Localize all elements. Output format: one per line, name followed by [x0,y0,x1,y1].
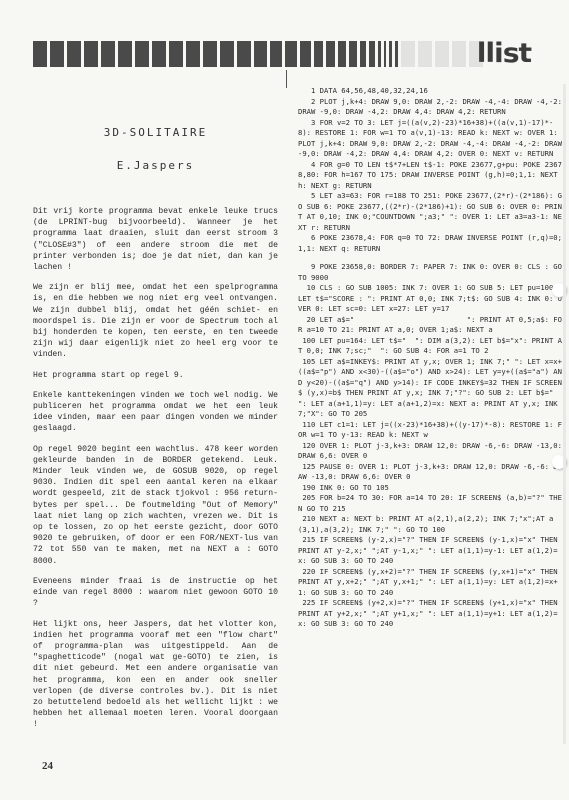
header-block [418,41,432,67]
header-block [203,41,217,67]
header-block [378,41,381,67]
column-divider [286,70,287,88]
header-block [314,41,324,67]
page-edge [563,84,566,744]
program-listing: 1 DATA 64,56,48,40,32,24,16 2 PLOT j,k+4… [298,86,562,630]
header-block [300,41,311,67]
header-block [395,41,398,67]
header-block [220,41,234,67]
listing-block: 1 DATA 64,56,48,40,32,24,16 2 PLOT j,k+4… [298,86,562,254]
article-author: E.Jaspers [33,159,278,172]
header-block [349,41,356,67]
paragraph: Op regel 9020 begint een wachtlus. 478 k… [33,444,278,567]
header-block [84,41,98,67]
article-title: 3D-SOLITAIRE [33,126,278,139]
magazine-logo: llist [477,38,531,69]
paragraph: Dit vrij korte programma bevat enkele le… [33,206,278,273]
header-block [389,41,392,67]
header-block [285,41,296,67]
header-block [118,41,132,67]
paragraph: We zijn er blij mee, omdat het een spelp… [33,282,278,360]
header-block [270,41,282,67]
page-number: 24 [42,760,53,772]
paragraph: Enkele kanttekeningen vinden we toch wel… [33,390,278,435]
header-block [186,41,200,67]
header-block [360,41,366,67]
header-block [50,41,64,67]
article-body: Dit vrij korte programma bevat enkele le… [33,206,278,731]
header-block [135,41,149,67]
header-block [152,41,166,67]
paragraph: Het lijkt ons, heer Jaspers, dat het vlo… [33,619,278,731]
header-block [67,41,81,67]
header-block-bar [33,41,483,67]
paragraph: Het programma start op regel 9. [33,370,278,381]
header-block [452,41,466,67]
header-block [338,41,346,67]
header-block [169,41,183,67]
article-column: 3D-SOLITAIRE E.Jaspers Dit vrij korte pr… [33,80,278,740]
header-block [326,41,335,67]
header-block [369,41,375,67]
paragraph: Eveneens minder fraai is de instructie o… [33,576,278,610]
header-block [33,41,47,67]
listing-block: 9 POKE 23658,0: BORDER 7: PAPER 7: INK 0… [298,262,562,630]
header-block [101,41,115,67]
header-block [384,41,387,67]
header-block [237,41,251,67]
header-block [435,41,449,67]
header-block [254,41,267,67]
header-block [401,41,415,67]
